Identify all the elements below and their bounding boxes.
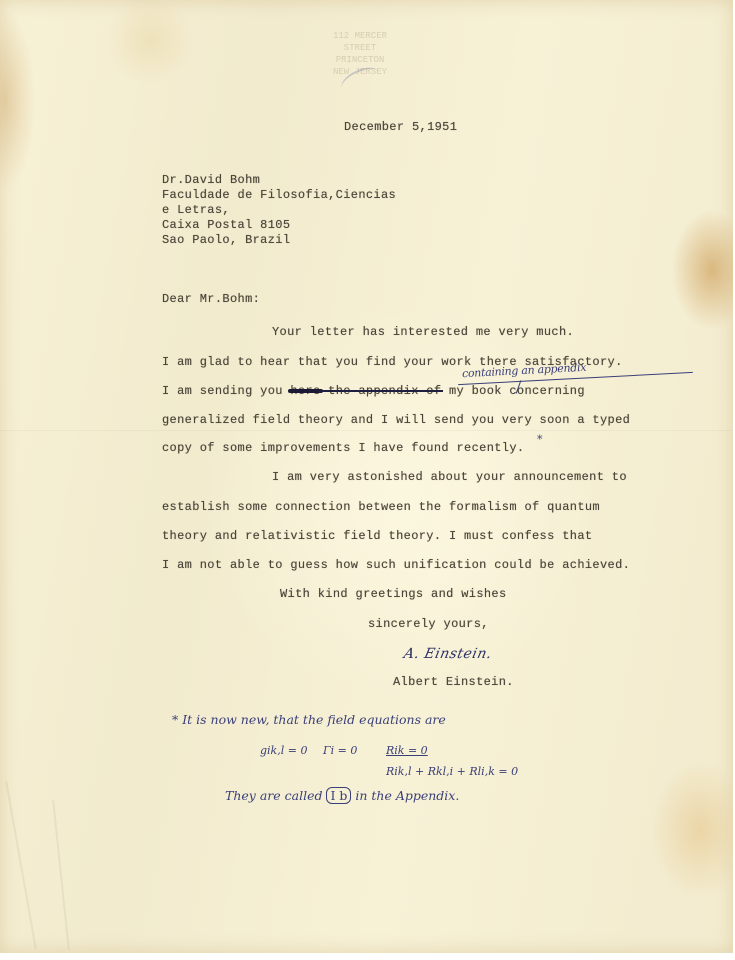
body-text: I am sending you <box>162 384 290 398</box>
recipient-address-line: e Letras, <box>162 203 230 218</box>
letter-date: December 5,1951 <box>344 120 457 134</box>
salutation: Dear Mr.Bohm: <box>162 292 260 306</box>
footnote-text: They are called <box>225 788 326 803</box>
body-line: I am not able to guess how such unificat… <box>162 558 630 572</box>
body-line: I am very astonished about your announce… <box>272 470 627 484</box>
body-line: generalized field theory and I will send… <box>162 413 630 427</box>
paper-crease <box>52 800 70 949</box>
letterhead-line: 112 MERCER <box>285 30 435 42</box>
letterhead-line: PRINCETON <box>285 54 435 66</box>
body-line: copy of some improvements I have found r… <box>162 441 524 455</box>
boxed-reference: I b <box>326 787 351 804</box>
footnote-asterisk: * <box>537 433 543 446</box>
struck-out-text: the appendix of <box>321 384 442 398</box>
handwritten-equation: Rik = 0 <box>386 744 428 757</box>
letter-paper: 112 MERCER STREET PRINCETON NEW JERSEY D… <box>0 0 733 953</box>
footnote-text: in the Appendix. <box>351 788 459 803</box>
recipient-address-line: Faculdade de Filosofia,Ciencias <box>162 188 396 203</box>
recipient-name: Dr.David Bohm <box>162 173 260 188</box>
handwritten-equation: Γi = 0 <box>323 744 357 757</box>
handwritten-footnote: * It is now new, that the field equation… <box>172 712 446 727</box>
body-line-with-correction: I am sending you here the appendix of my… <box>162 384 585 398</box>
handwritten-signature: A. Einstein. <box>402 646 493 662</box>
body-text: my book concerning <box>441 384 584 398</box>
paper-fold <box>0 430 733 431</box>
body-line: Your letter has interested me very much. <box>272 325 574 339</box>
handwritten-footnote: They are called I b in the Appendix. <box>225 788 459 803</box>
faded-letterhead: 112 MERCER STREET PRINCETON NEW JERSEY <box>285 30 435 110</box>
handwritten-equation: Rik,l + Rkl,i + Rli,k = 0 <box>386 765 518 778</box>
handwritten-equation: gik,l = 0 <box>260 744 307 757</box>
paper-crease <box>5 781 36 949</box>
body-line: theory and relativistic field theory. I … <box>162 529 592 543</box>
letterhead-line: STREET <box>285 42 435 54</box>
struck-out-text: here <box>290 384 320 398</box>
recipient-address-line: Caixa Postal 8105 <box>162 218 290 233</box>
body-line: establish some connection between the fo… <box>162 500 600 514</box>
valediction: sincerely yours, <box>368 617 489 631</box>
typed-signature-name: Albert Einstein. <box>393 675 514 689</box>
recipient-address-line: Sao Paolo, Brazil <box>162 233 290 248</box>
closing-line: With kind greetings and wishes <box>280 587 507 601</box>
